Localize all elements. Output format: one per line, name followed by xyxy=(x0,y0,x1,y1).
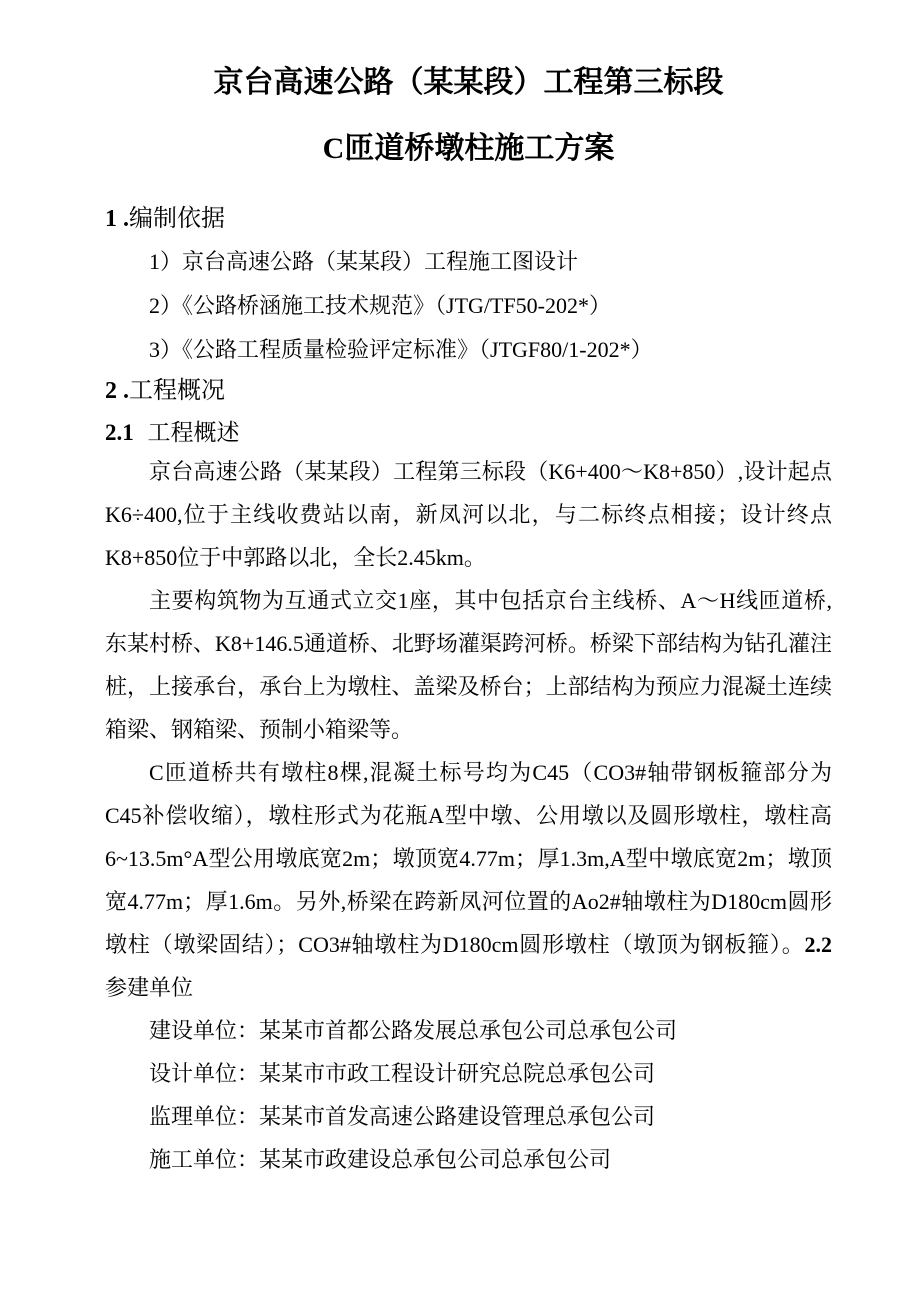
unit-line-designer: 设计单位：某某市市政工程设计研究总院总承包公司 xyxy=(105,1052,832,1095)
section-2-title: 工程概况 xyxy=(129,378,225,404)
unit-line-construction-owner: 建设单位：某某市首都公路发展总承包公司总承包公司 xyxy=(105,1009,832,1052)
document-body: 京台高速公路（某某段）工程第三标段（K6+400～K8+850）,设计起点K6÷… xyxy=(105,450,832,1181)
unit-line-supervisor: 监理单位：某某市首发高速公路建设管理总承包公司 xyxy=(105,1095,832,1138)
section-2-1-title: 工程概述 xyxy=(148,420,240,445)
document-title-line2: C匝道桥墩柱施工方案 xyxy=(105,132,832,166)
section-2-1-number: 2.1 xyxy=(105,420,134,445)
paragraph-main-structures: 主要构筑物为互通式立交1座，其中包括京台主线桥、A～H线匝道桥,东某村桥、K8+… xyxy=(105,579,832,751)
section-2-2-number: 2.2 xyxy=(805,932,833,957)
section-2-number: 2 . xyxy=(105,378,129,404)
section-1-heading: 1 .编制依据 xyxy=(105,204,832,234)
section-2-2-title: 参建单位 xyxy=(105,975,193,1000)
section-2-1-heading: 2.1工程概述 xyxy=(105,418,832,448)
reference-item-3: 3）《公路工程质量检验评定标准》（JTGF80/1-202*） xyxy=(105,328,832,372)
document-title-line1: 京台高速公路（某某段）工程第三标段 xyxy=(105,66,832,100)
section-1-title: 编制依据 xyxy=(129,206,225,232)
paragraph-project-overview: 京台高速公路（某某段）工程第三标段（K6+400～K8+850）,设计起点K6÷… xyxy=(105,450,832,579)
reference-list: 1）京台高速公路（某某段）工程施工图设计 2）《公路桥涵施工技术规范》（JTG/… xyxy=(105,240,832,372)
section-2-heading: 2 .工程概况 xyxy=(105,376,832,406)
reference-item-2: 2）《公路桥涵施工技术规范》（JTG/TF50-202*） xyxy=(105,284,832,328)
paragraph-pier-details-text: C匝道桥共有墩柱8棵,混凝土标号均为C45（CO3#轴带钢板箍部分为C45补偿收… xyxy=(105,760,832,957)
paragraph-pier-details: C匝道桥共有墩柱8棵,混凝土标号均为C45（CO3#轴带钢板箍部分为C45补偿收… xyxy=(105,751,832,1009)
section-1-number: 1 . xyxy=(105,206,129,232)
unit-line-contractor: 施工单位：某某市政建设总承包公司总承包公司 xyxy=(105,1138,832,1181)
participating-units-list: 建设单位：某某市首都公路发展总承包公司总承包公司 设计单位：某某市市政工程设计研… xyxy=(105,1009,832,1181)
reference-item-1: 1）京台高速公路（某某段）工程施工图设计 xyxy=(105,240,832,284)
document-page: 京台高速公路（某某段）工程第三标段 C匝道桥墩柱施工方案 1 .编制依据 1）京… xyxy=(0,0,920,1301)
